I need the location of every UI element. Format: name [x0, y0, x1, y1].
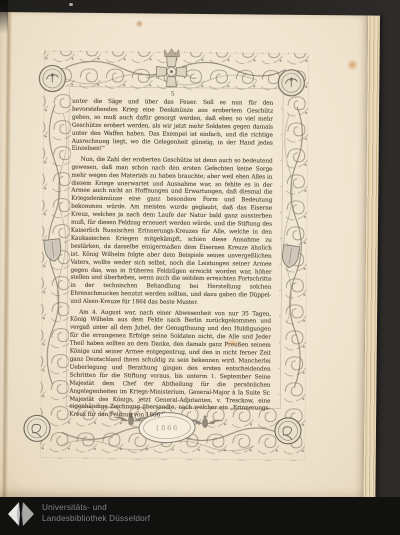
foxing-stain — [346, 59, 358, 70]
library-name-line1: Universitäts- und — [42, 502, 150, 513]
paragraph: Nun, die Zahl der eroberten Geschütze is… — [70, 157, 272, 309]
foxing-stain — [225, 338, 241, 347]
body-text-block: unter die Säge und über das Feuer. Soll … — [69, 99, 273, 425]
library-name-line2: Landesbibliothek Düsseldorf — [42, 513, 150, 524]
scanned-book-page-view: 1866 5 unter die Säge und über das Feuer… — [0, 0, 400, 535]
diamond-gem-icon — [7, 501, 35, 529]
paragraph: unter die Säge und über das Feuer. Soll … — [72, 99, 274, 156]
library-watermark-band: Universitäts- und Landesbibliothek Düsse… — [0, 497, 400, 535]
corner-medallion-bottom-right — [275, 418, 301, 444]
spine-shadow — [0, 0, 8, 34]
library-name: Universitäts- und Landesbibliothek Düsse… — [42, 502, 150, 524]
book-page: 1866 5 unter die Säge und über das Feuer… — [0, 12, 380, 502]
dust-speck — [69, 3, 73, 6]
corner-medallion-top-left — [39, 65, 65, 91]
corner-medallion-bottom-left — [24, 415, 50, 441]
foxing-stain — [135, 20, 144, 27]
corner-medallion-top-right — [278, 70, 304, 96]
paragraph: Am 4. August war, nach einer Abwesenheit… — [69, 309, 271, 422]
cartouche-year: 1866 — [155, 424, 179, 433]
